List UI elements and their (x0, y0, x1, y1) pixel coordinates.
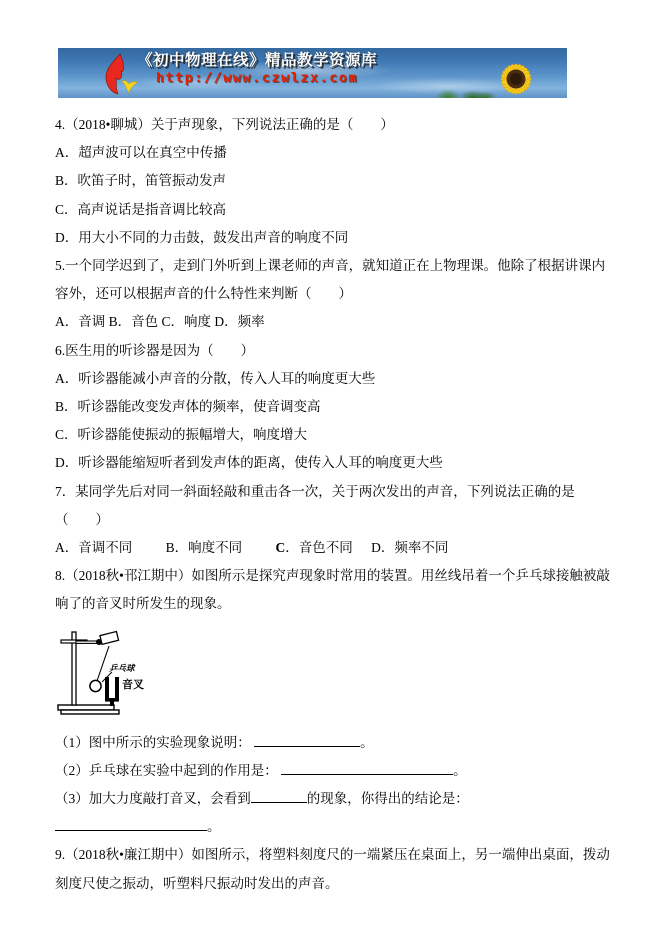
sunflower-icon (487, 52, 545, 98)
question-7-stem: 7．某同学先后对同一斜面轻敲和重击各一次，关于两次发出的声音，下列说法正确的是（… (55, 478, 613, 534)
answer-blank (55, 816, 207, 831)
question-7-option-b: B．响度不同 (166, 540, 243, 555)
tuning-fork-stem (110, 701, 114, 706)
question-7-option-d: D．频率不同 (371, 540, 448, 555)
experiment-figure: 乒乓球 音叉 (57, 625, 207, 723)
question-9-stem: 9.（2018秋•廉江期中）如图所示，将塑料刻度尺的一端紧压在桌面上，另一端伸出… (55, 841, 613, 897)
question-4-stem: 4.（2018•聊城）关于声现象，下列说法正确的是（ ） (55, 111, 613, 139)
stand-arm (76, 641, 98, 643)
question-7-option-a: A．音调不同 (55, 540, 132, 555)
stand-base (58, 705, 114, 710)
question-4-option-a: A．超声波可以在真空中传播 (55, 139, 613, 167)
question-5-stem: 5.一个同学迟到了，走到门外听到上课老师的声音，就知道正在上物理课。他除了根据讲… (55, 252, 613, 308)
question-6-stem: 6.医生用的听诊器是因为（ ） (55, 337, 613, 365)
fork-label: 音叉 (122, 677, 144, 691)
question-8-stem: 8.（2018秋•邗江期中）如图所示是探究声现象时常用的装置。用丝线吊着一个乒乓… (55, 562, 613, 618)
document-page: 《初中物理在线》精品教学资源库 http://www.czwlzx.com (0, 0, 661, 935)
question-4-option-c: C．高声说话是指音调比较高 (55, 196, 613, 224)
question-7-options: A．音调不同 B．响度不同 C．音色不同 D．频率不同 (55, 534, 613, 562)
site-banner: 《初中物理在线》精品教学资源库 http://www.czwlzx.com (58, 48, 567, 98)
document-content: 4.（2018•聊城）关于声现象，下列说法正确的是（ ） A．超声波可以在真空中… (55, 111, 613, 898)
question-6-option-c: C．听诊器能使振动的振幅增大，响度增大 (55, 421, 613, 449)
string (97, 646, 109, 681)
answer-blank (254, 732, 360, 747)
question-8-sub2: （2）乒乓球在实验中起到的作用是： 。 (55, 757, 613, 785)
question-4-option-b: B．吹笛子时，笛管振动发声 (55, 167, 613, 195)
question-4-option-d: D．用大小不同的力击鼓，鼓发出声音的响度不同 (55, 224, 613, 252)
tuning-fork (105, 677, 109, 700)
ping-pong-ball (90, 680, 101, 691)
question-6-option-a: A．听诊器能减小声音的分散，传入人耳的响度更大些 (55, 365, 613, 393)
stand-base (61, 710, 119, 714)
clamp-icon (100, 631, 119, 644)
banner-text-block: 《初中物理在线》精品教学资源库 http://www.czwlzx.com (107, 51, 407, 87)
tuning-fork (115, 677, 119, 700)
question-7-option-c: C．音色不同 (276, 540, 353, 555)
ball-label: 乒乓球 (109, 663, 136, 673)
question-5-options: A．音调 B．音色 C．响度 D．频率 (55, 308, 613, 336)
banner-title: 《初中物理在线》精品教学资源库 (107, 51, 407, 70)
question-8-sub3: （3）加大力度敲打音叉，会看到的现象，你得出的结论是： 。 (55, 785, 613, 841)
question-8-sub1: （1）图中所示的实验现象说明： 。 (55, 729, 613, 757)
question-6-option-d: D．听诊器能缩短听者到发声体的距离，使传入人耳的响度更大些 (55, 449, 613, 477)
answer-blank (251, 788, 307, 803)
banner-url: http://www.czwlzx.com (107, 70, 407, 87)
question-6-option-b: B．听诊器能改变发声体的频率，使音调变高 (55, 393, 613, 421)
answer-blank (281, 760, 453, 775)
